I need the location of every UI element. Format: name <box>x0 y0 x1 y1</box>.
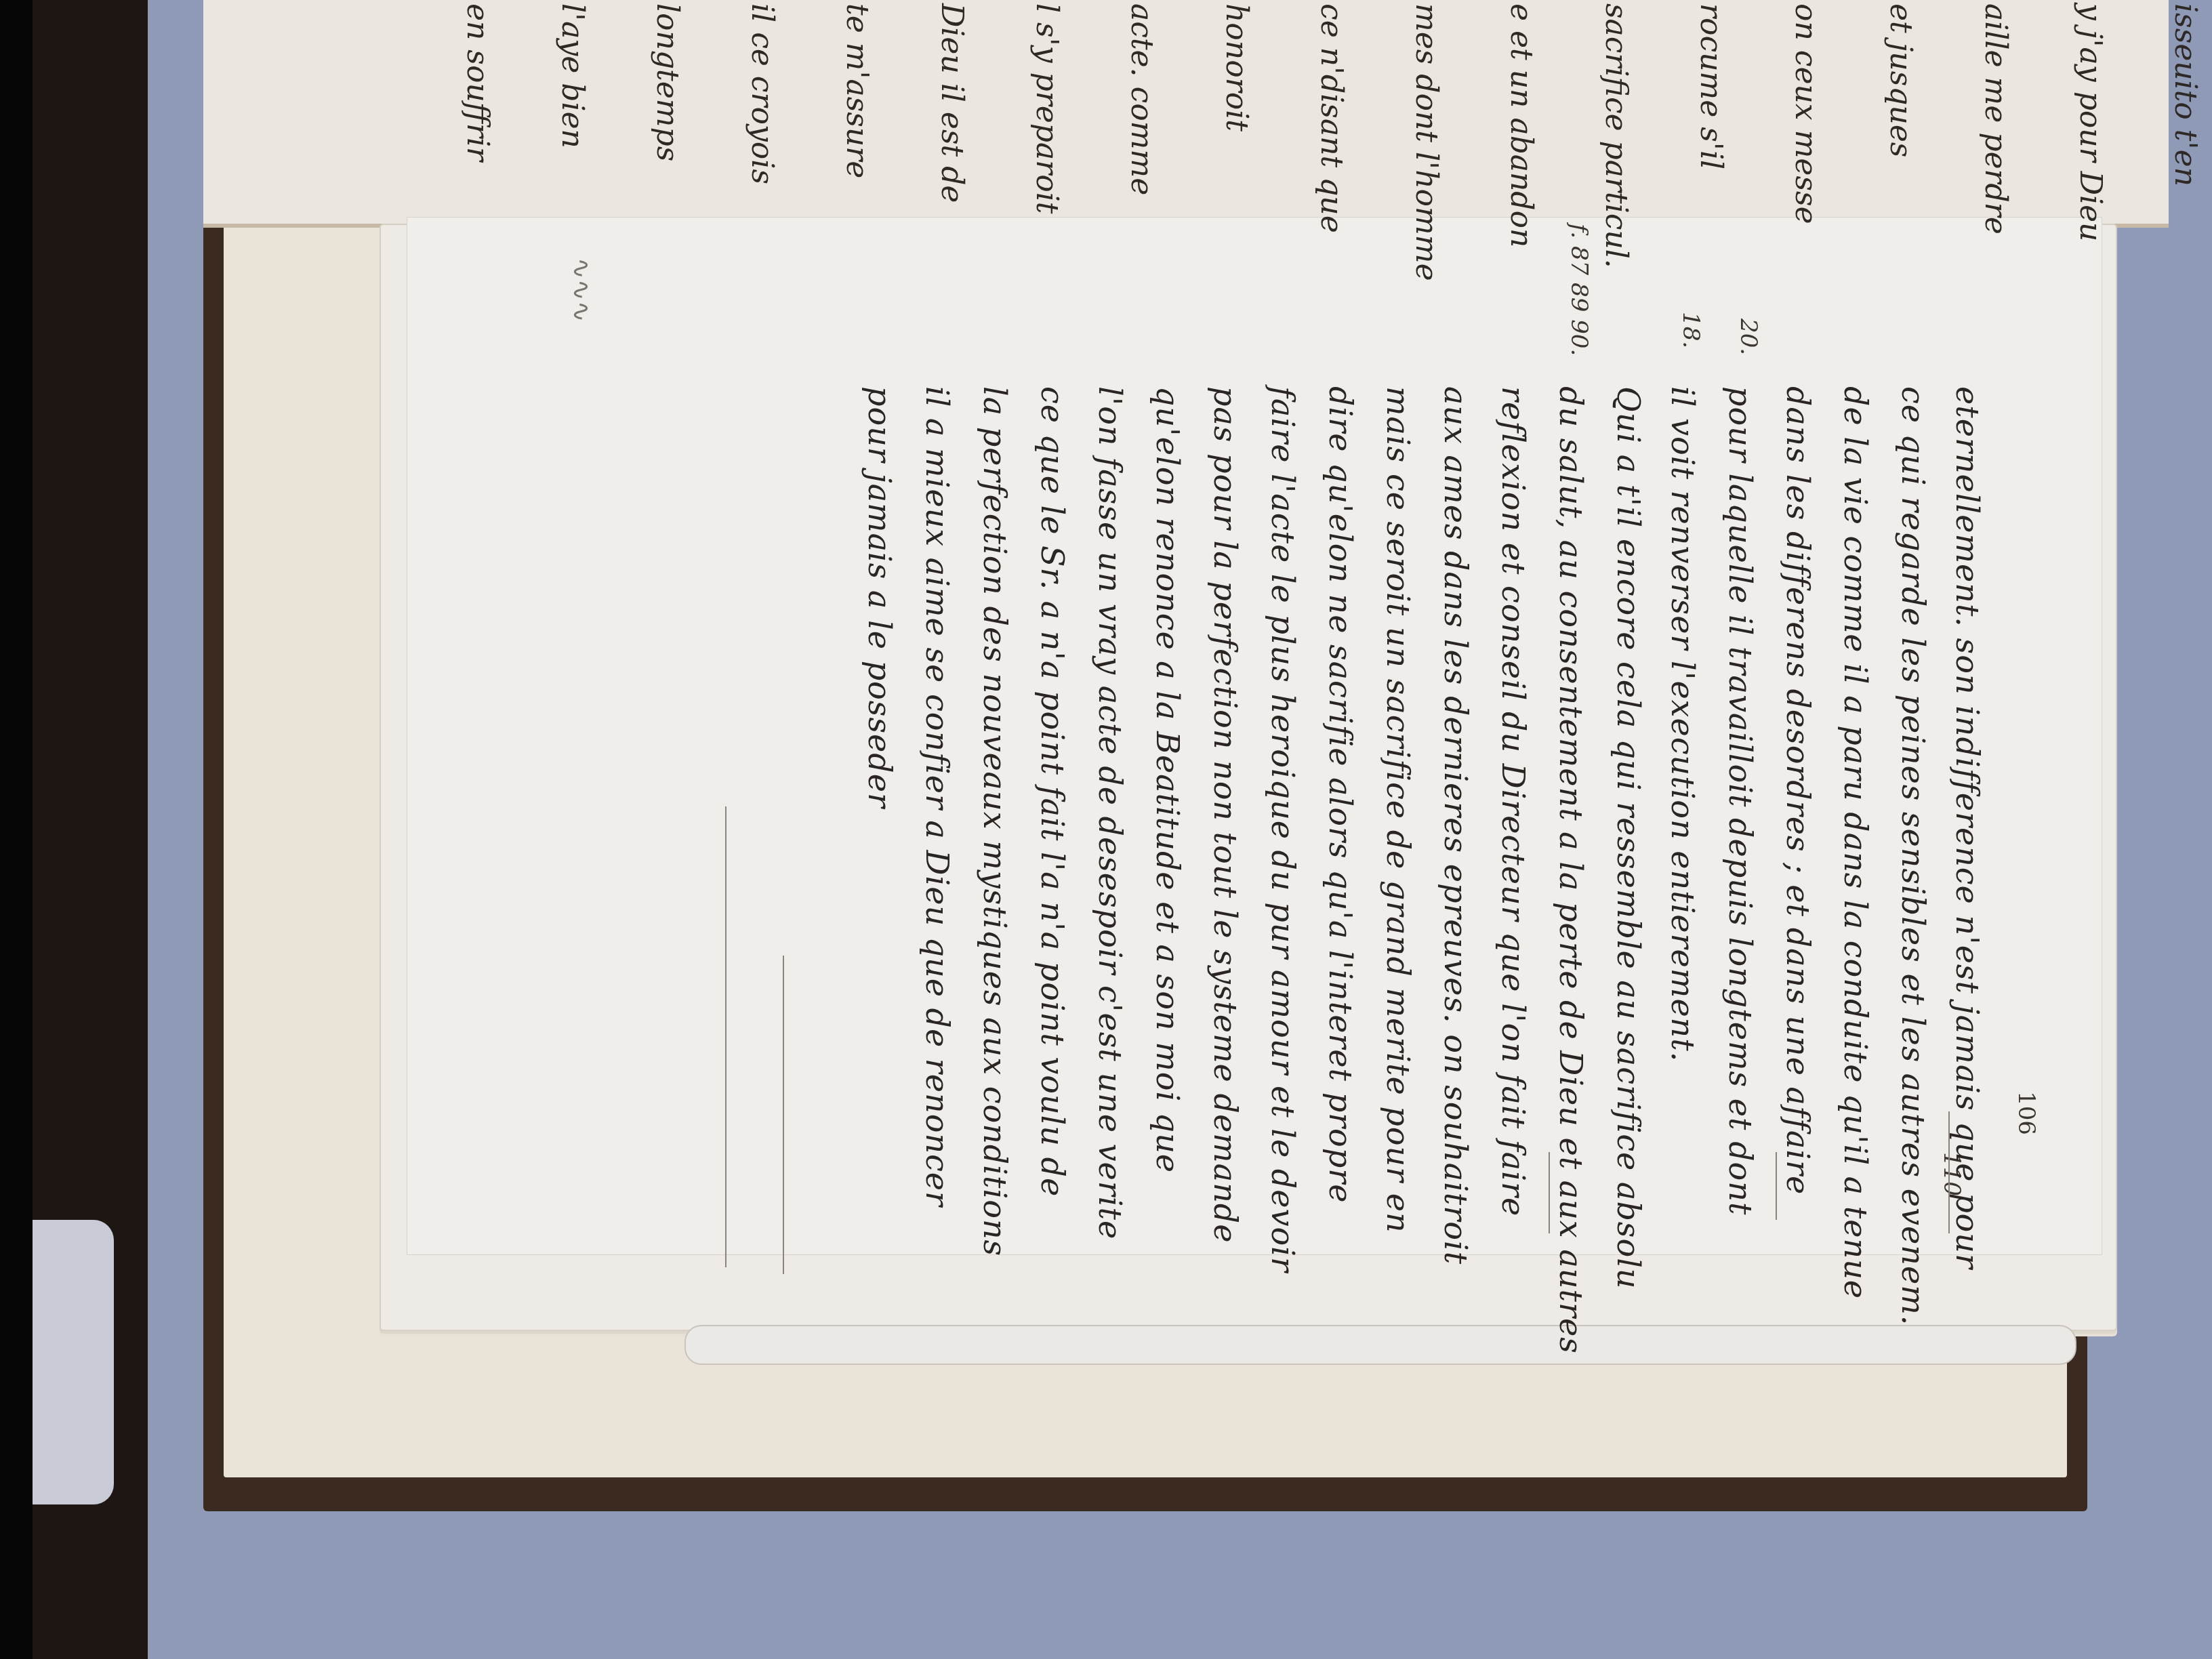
facing-line: ce n'disant que <box>1314 3 1349 233</box>
facing-line: e et un abandon <box>1504 3 1538 247</box>
facing-line: y j'ay pour Dieu <box>2073 3 2108 241</box>
manuscript-line: reflexion et conseil du Directeur que l'… <box>1495 386 1532 1216</box>
margin-note: 18. <box>1677 312 1704 348</box>
manuscript-line: ce qui regarde les peines sensibles et l… <box>1895 386 1931 1326</box>
facing-line: en souffrir <box>460 3 495 161</box>
facing-line: longtemps <box>650 3 684 161</box>
manuscript-line: faire l'acte le plus heroique du pur amo… <box>1265 386 1301 1273</box>
facing-line: et jusques <box>1883 3 1918 157</box>
facing-line: acte. comme <box>1124 3 1159 195</box>
paper-tab-strip <box>684 1325 2076 1365</box>
stand-fabric-fold <box>33 1220 114 1504</box>
manuscript-line: qu'elon renonce a la Beatitude et a son … <box>1149 386 1186 1173</box>
manuscript-line: pas pour la perfection non tout le syste… <box>1207 386 1244 1243</box>
facing-line: honoroit <box>1219 3 1254 131</box>
manuscript-line: mais ce seroit un sacrifice de grand mer… <box>1380 386 1416 1233</box>
line-filler <box>783 956 784 1274</box>
manuscript-line: pour laquelle il travailloit depuis long… <box>1722 386 1759 1215</box>
line-filler <box>1776 1152 1777 1220</box>
facing-line: il ce croyois <box>745 3 779 184</box>
manuscript-line: pour jamais a le posseder <box>861 386 898 808</box>
manuscript-line: Qui a t'il encore cela qui ressemble au … <box>1610 386 1647 1289</box>
manuscript-line: il voit renverser l'execution entieremen… <box>1664 386 1701 1062</box>
facing-line: sacrifice particul. <box>1599 3 1633 268</box>
line-filler <box>1948 1111 1950 1233</box>
manuscript-line: ce que le Sr. a n'a point fait l'a n'a p… <box>1034 386 1071 1197</box>
facing-line: rocume s'il <box>1694 3 1728 169</box>
facing-line: l'aye bien <box>555 3 590 148</box>
folio-number: 106 <box>2013 1091 2040 1135</box>
facing-line: isseuito t'en <box>2168 3 2203 186</box>
facing-line: Dieu il est de <box>935 3 969 203</box>
manuscript-line: dans les differens desordres ; et dans u… <box>1780 386 1816 1195</box>
manuscript-line: du salut, au consentement a la perte de … <box>1553 386 1589 1354</box>
manuscript-line: dire qu'elon ne sacrifie alors qu'a l'in… <box>1322 386 1359 1203</box>
manuscript-line: aux ames dans les dernieres epreuves. on… <box>1437 386 1474 1265</box>
facing-line: aille me perdre <box>1978 3 2013 234</box>
manuscript-line: l'on fasse un vray acte de desespoir c'e… <box>1092 386 1128 1240</box>
dark-background-edge <box>0 0 33 1659</box>
pencil-annotation: ∿∿∿ <box>567 258 596 323</box>
margin-note: f. 87 89 90. <box>1565 224 1593 356</box>
manuscript-line: il a mieux aime se confier a Dieu que de… <box>919 386 956 1207</box>
manuscript-line: de la vie comme il a paru dans la condui… <box>1837 386 1874 1299</box>
manuscript-line: eternellement. son indifference n'est ja… <box>1949 386 1986 1269</box>
facing-line: mes dont l'homme <box>1409 3 1443 281</box>
margin-note: 20. <box>1735 319 1762 355</box>
facing-page <box>203 0 2169 228</box>
facing-line: te m'assure <box>840 3 874 178</box>
facing-line: l s'y preparoit <box>1029 3 1064 214</box>
line-filler <box>1549 1152 1550 1233</box>
line-filler <box>725 806 726 1267</box>
manuscript-line: la perfection des nouveaux mystiques aux… <box>977 386 1013 1256</box>
facing-line: on ceux messe <box>1788 3 1823 224</box>
